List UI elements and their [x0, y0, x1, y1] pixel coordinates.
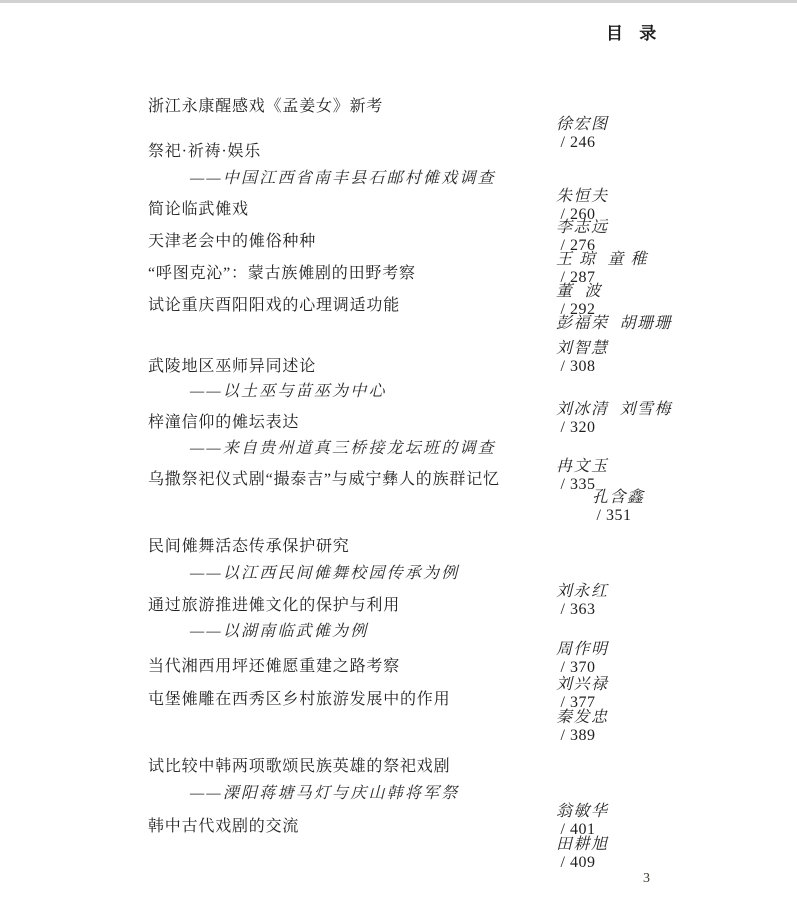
entry-title: “呼图克沁”：蒙古族傩剧的田野考察 [148, 260, 416, 283]
entry-title: 韩中古代戏剧的交流 [148, 813, 299, 836]
toc-entry-row: 乌撒祭祀仪式剧“撮泰吉”与威宁彝人的族群记忆 孔含鑫 / 351 [0, 466, 797, 488]
toc-entry-row: 刘智慧 / 308 [0, 317, 797, 339]
entry-title: 当代湘西用坪还傩愿重建之路考察 [148, 653, 400, 676]
entry-title: ——来自贵州道真三桥接龙坛班的调查 [190, 435, 496, 458]
toc-entry-row: 韩中古代戏剧的交流 田耕旭 / 409 [0, 813, 797, 835]
toc-entry-row: “呼图克沁”：蒙古族傩剧的田野考察 董 波 / 292 [0, 260, 797, 282]
toc-entry-row: ——来自贵州道真三桥接龙坛班的调查 冉文玉 / 335 [0, 435, 797, 457]
entry-title: 试比较中韩两项歌颂民族英雄的祭祀戏剧 [148, 753, 450, 776]
entry-page-ref: / 409 [556, 854, 595, 871]
entry-page-ref: / 351 [592, 507, 631, 524]
entry-page-ref: / 389 [556, 727, 595, 744]
toc-entry-row: 天津老会中的傩俗种种 王 琼 童 稚 / 287 [0, 228, 797, 250]
entry-title: ——溧阳蒋塘马灯与庆山韩将军祭 [190, 780, 459, 803]
entry-author-name: 田耕旭 [556, 836, 609, 853]
entry-author-name: 秦发忠 [556, 709, 609, 726]
entry-title: 天津老会中的傩俗种种 [148, 228, 316, 251]
toc-entry-row: 民间傩舞活态传承保护研究 [0, 533, 797, 555]
entry-title: 民间傩舞活态传承保护研究 [148, 533, 350, 556]
toc-entry-row: 试论重庆酉阳阳戏的心理调适功能 彭福荣 胡珊珊 [0, 292, 797, 314]
toc-entry-row: ——以土巫与苗巫为中心 刘冰清 刘雪梅 / 320 [0, 378, 797, 400]
entry-title: 浙江永康醒感戏《孟姜女》新考 [148, 93, 383, 116]
toc-entry-row: ——溧阳蒋塘马灯与庆山韩将军祭 翁敏华 / 401 [0, 780, 797, 802]
toc-entry-row: 武陵地区巫师异同述论 [0, 353, 797, 375]
page-number: 3 [643, 871, 650, 887]
toc-entry-row: 当代湘西用坪还傩愿重建之路考察 刘兴禄 / 377 [0, 653, 797, 675]
entry-title: 试论重庆酉阳阳戏的心理调适功能 [148, 292, 400, 315]
toc-entry-row: ——以湖南临武傩为例 周作明 / 370 [0, 618, 797, 640]
entry-author-block: 田耕旭 / 409 [532, 813, 609, 890]
toc-entry-row: 简论临武傩戏 李志远 / 276 [0, 196, 797, 218]
toc-entry-row: 梓潼信仰的傩坛表达 [0, 409, 797, 431]
entry-title: 简论临武傩戏 [148, 196, 249, 219]
toc-entry-row: 祭祀·祈祷·娱乐 [0, 138, 797, 160]
entry-title: 武陵地区巫师异同述论 [148, 353, 316, 376]
entry-title: ——中国江西省南丰县石邮村傩戏调查 [190, 165, 496, 188]
toc-entry-row: 屯堡傩雕在西秀区乡村旅游发展中的作用 秦发忠 / 389 [0, 686, 797, 708]
entry-title: 通过旅游推进傩文化的保护与利用 [148, 592, 400, 615]
entry-author-name: 孔含鑫 [592, 489, 645, 506]
entry-author-block: 孔含鑫 / 351 [568, 466, 645, 543]
toc-entry-row: ——中国江西省南丰县石邮村傩戏调查 朱恒夫 / 260 [0, 165, 797, 187]
entry-title: 乌撒祭祀仪式剧“撮泰吉”与威宁彝人的族群记忆 [148, 466, 500, 489]
entry-title: ——以湖南临武傩为例 [190, 618, 368, 641]
entry-title: ——以土巫与苗巫为中心 [190, 378, 387, 401]
toc-page: 目 录 浙江永康醒感戏《孟姜女》新考 徐宏图 / 246 祭祀·祈祷·娱乐 ——… [0, 0, 797, 901]
entry-author-block: 秦发忠 / 389 [532, 686, 609, 763]
toc-entry-row: 浙江永康醒感戏《孟姜女》新考 徐宏图 / 246 [0, 93, 797, 115]
toc-list: 浙江永康醒感戏《孟姜女》新考 徐宏图 / 246 祭祀·祈祷·娱乐 ——中国江西… [0, 0, 797, 901]
entry-author-name: 徐宏图 [556, 116, 609, 133]
entry-title: ——以江西民间傩舞校园传承为例 [190, 560, 459, 583]
entry-title: 祭祀·祈祷·娱乐 [148, 138, 261, 161]
toc-entry-row: 通过旅游推进傩文化的保护与利用 [0, 592, 797, 614]
toc-entry-row: ——以江西民间傩舞校园传承为例 刘永红 / 363 [0, 560, 797, 582]
entry-title: 梓潼信仰的傩坛表达 [148, 409, 299, 432]
entry-title: 屯堡傩雕在西秀区乡村旅游发展中的作用 [148, 686, 450, 709]
toc-entry-row: 试比较中韩两项歌颂民族英雄的祭祀戏剧 [0, 753, 797, 775]
